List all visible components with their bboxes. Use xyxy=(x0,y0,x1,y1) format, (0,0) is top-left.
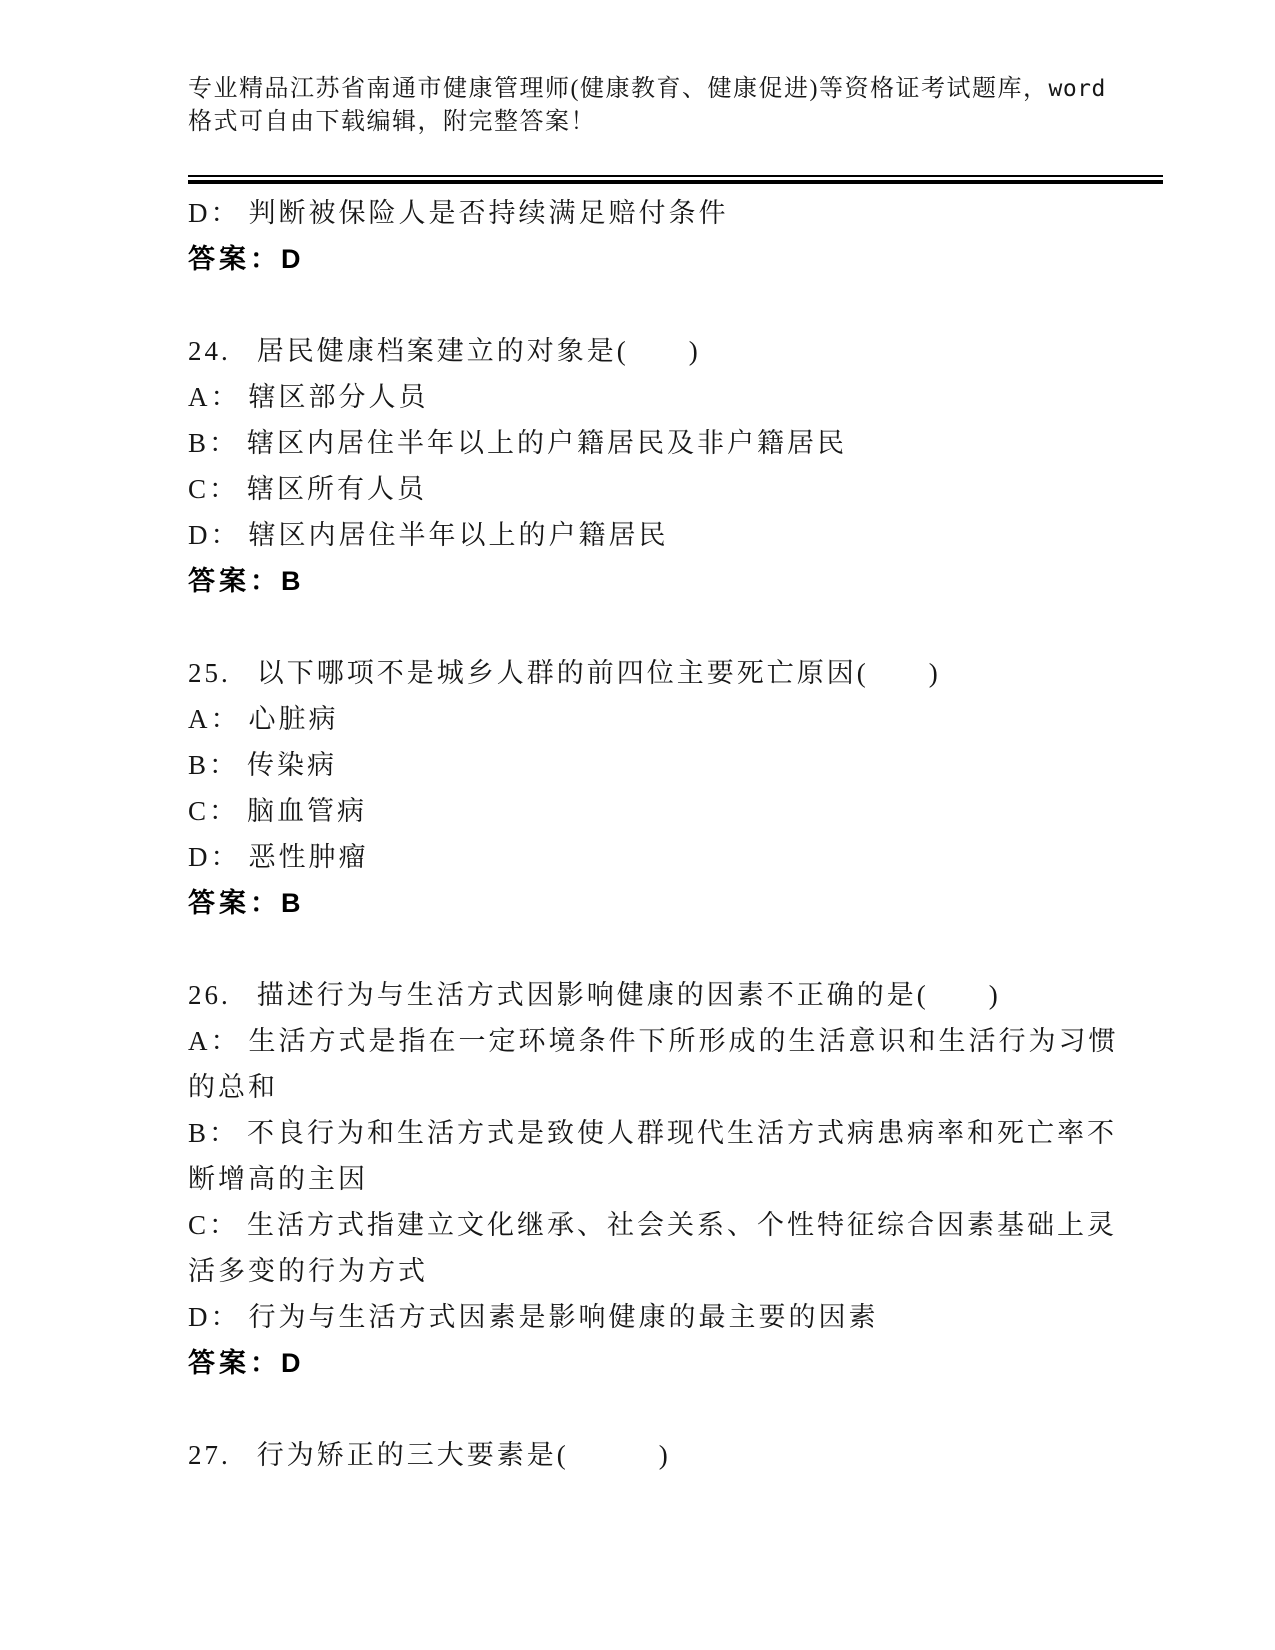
answer-prefix: 答案： xyxy=(188,244,281,274)
question-text: 居民健康档案建立的对象是( ) xyxy=(257,336,701,366)
carryover-option-line: D：判断被保险人是否持续满足赔付条件 xyxy=(188,190,1188,236)
header-line-1: 专业精品江苏省南通市健康管理师(健康教育、健康促进)等资格证考试题库，word xyxy=(188,73,1173,106)
header-line-1-latin: word xyxy=(1048,76,1105,102)
option-text: 辖区部分人员 xyxy=(249,382,429,412)
answer-line: 答案：B xyxy=(188,880,1188,926)
option-label: C： xyxy=(188,474,239,504)
answer-letter: B xyxy=(281,566,305,596)
option-line: A：辖区部分人员 xyxy=(188,374,1188,420)
option-text: 辖区所有人员 xyxy=(247,474,427,504)
option-line: B：传染病 xyxy=(188,742,1188,788)
question-26-line: 26.描述行为与生活方式因影响健康的因素不正确的是( ) xyxy=(188,972,1188,1018)
option-text: 辖区内居住半年以上的户籍居民 xyxy=(249,520,669,550)
option-label: C： xyxy=(188,1210,239,1240)
question-27-line: 27.行为矫正的三大要素是( ) xyxy=(188,1432,1188,1478)
option-continuation-line: 的总和 xyxy=(188,1064,1188,1110)
option-label: A： xyxy=(188,1026,241,1056)
option-text: 判断被保险人是否持续满足赔付条件 xyxy=(249,198,729,228)
header-line-2: 格式可自由下载编辑，附完整答案！ xyxy=(188,106,1173,139)
answer-letter: D xyxy=(281,244,305,274)
document-body: D：判断被保险人是否持续满足赔付条件 答案：D 24.居民健康档案建立的对象是(… xyxy=(188,190,1188,1478)
option-label: C： xyxy=(188,796,239,826)
option-text: 心脏病 xyxy=(249,704,339,734)
option-text: 脑血管病 xyxy=(247,796,367,826)
answer-prefix: 答案： xyxy=(188,1348,281,1378)
header-rule xyxy=(188,175,1163,184)
option-continuation-line: 活多变的行为方式 xyxy=(188,1248,1188,1294)
option-text: 行为与生活方式因素是影响健康的最主要的因素 xyxy=(249,1302,879,1332)
option-label: D： xyxy=(188,198,241,228)
option-line: B：不良行为和生活方式是致使人群现代生活方式病患病率和死亡率不 xyxy=(188,1110,1188,1156)
option-text: 断增高的主因 xyxy=(188,1164,368,1194)
question-text: 描述行为与生活方式因影响健康的因素不正确的是( ) xyxy=(257,980,1001,1010)
option-text: 不良行为和生活方式是致使人群现代生活方式病患病率和死亡率不 xyxy=(247,1118,1117,1148)
option-line: A：生活方式是指在一定环境条件下所形成的生活意识和生活行为习惯 xyxy=(188,1018,1188,1064)
question-25-line: 25.以下哪项不是城乡人群的前四位主要死亡原因( ) xyxy=(188,650,1188,696)
option-text: 生活方式指建立文化继承、社会关系、个性特征综合因素基础上灵 xyxy=(247,1210,1117,1240)
option-line: A：心脏病 xyxy=(188,696,1188,742)
option-label: D： xyxy=(188,842,241,872)
answer-line: 答案：D xyxy=(188,236,1188,282)
option-label: A： xyxy=(188,704,241,734)
option-text: 辖区内居住半年以上的户籍居民及非户籍居民 xyxy=(247,428,847,458)
option-line: C：生活方式指建立文化继承、社会关系、个性特征综合因素基础上灵 xyxy=(188,1202,1188,1248)
option-line: C：脑血管病 xyxy=(188,788,1188,834)
answer-prefix: 答案： xyxy=(188,566,281,596)
question-number: 24. xyxy=(188,336,231,366)
answer-letter: D xyxy=(281,1348,305,1378)
option-line: B：辖区内居住半年以上的户籍居民及非户籍居民 xyxy=(188,420,1188,466)
option-text: 恶性肿瘤 xyxy=(249,842,369,872)
option-text: 活多变的行为方式 xyxy=(188,1256,428,1286)
document-page: 专业精品江苏省南通市健康管理师(健康教育、健康促进)等资格证考试题库，word … xyxy=(0,0,1275,1650)
option-line: D：行为与生活方式因素是影响健康的最主要的因素 xyxy=(188,1294,1188,1340)
question-number: 26. xyxy=(188,980,231,1010)
option-label: A： xyxy=(188,382,241,412)
option-label: D： xyxy=(188,520,241,550)
option-continuation-line: 断增高的主因 xyxy=(188,1156,1188,1202)
question-text: 以下哪项不是城乡人群的前四位主要死亡原因( ) xyxy=(257,658,941,688)
option-text: 生活方式是指在一定环境条件下所形成的生活意识和生活行为习惯 xyxy=(249,1026,1119,1056)
page-header: 专业精品江苏省南通市健康管理师(健康教育、健康促进)等资格证考试题库，word … xyxy=(188,73,1173,139)
question-24-line: 24.居民健康档案建立的对象是( ) xyxy=(188,328,1188,374)
option-line: C：辖区所有人员 xyxy=(188,466,1188,512)
answer-letter: B xyxy=(281,888,305,918)
header-line-1-text: 专业精品江苏省南通市健康管理师(健康教育、健康促进)等资格证考试题库， xyxy=(188,76,1048,102)
option-text: 的总和 xyxy=(188,1072,278,1102)
option-text: 传染病 xyxy=(247,750,337,780)
answer-line: 答案：B xyxy=(188,558,1188,604)
option-label: B： xyxy=(188,750,239,780)
option-line: D：辖区内居住半年以上的户籍居民 xyxy=(188,512,1188,558)
option-label: B： xyxy=(188,428,239,458)
question-number: 25. xyxy=(188,658,231,688)
question-number: 27. xyxy=(188,1440,231,1470)
answer-line: 答案：D xyxy=(188,1340,1188,1386)
header-line-2-text: 格式可自由下载编辑，附完整答案！ xyxy=(188,109,596,135)
option-label: D： xyxy=(188,1302,241,1332)
header-rule-thick-line xyxy=(188,180,1163,184)
option-line: D：恶性肿瘤 xyxy=(188,834,1188,880)
answer-prefix: 答案： xyxy=(188,888,281,918)
question-text: 行为矫正的三大要素是( ) xyxy=(257,1440,671,1470)
option-label: B： xyxy=(188,1118,239,1148)
